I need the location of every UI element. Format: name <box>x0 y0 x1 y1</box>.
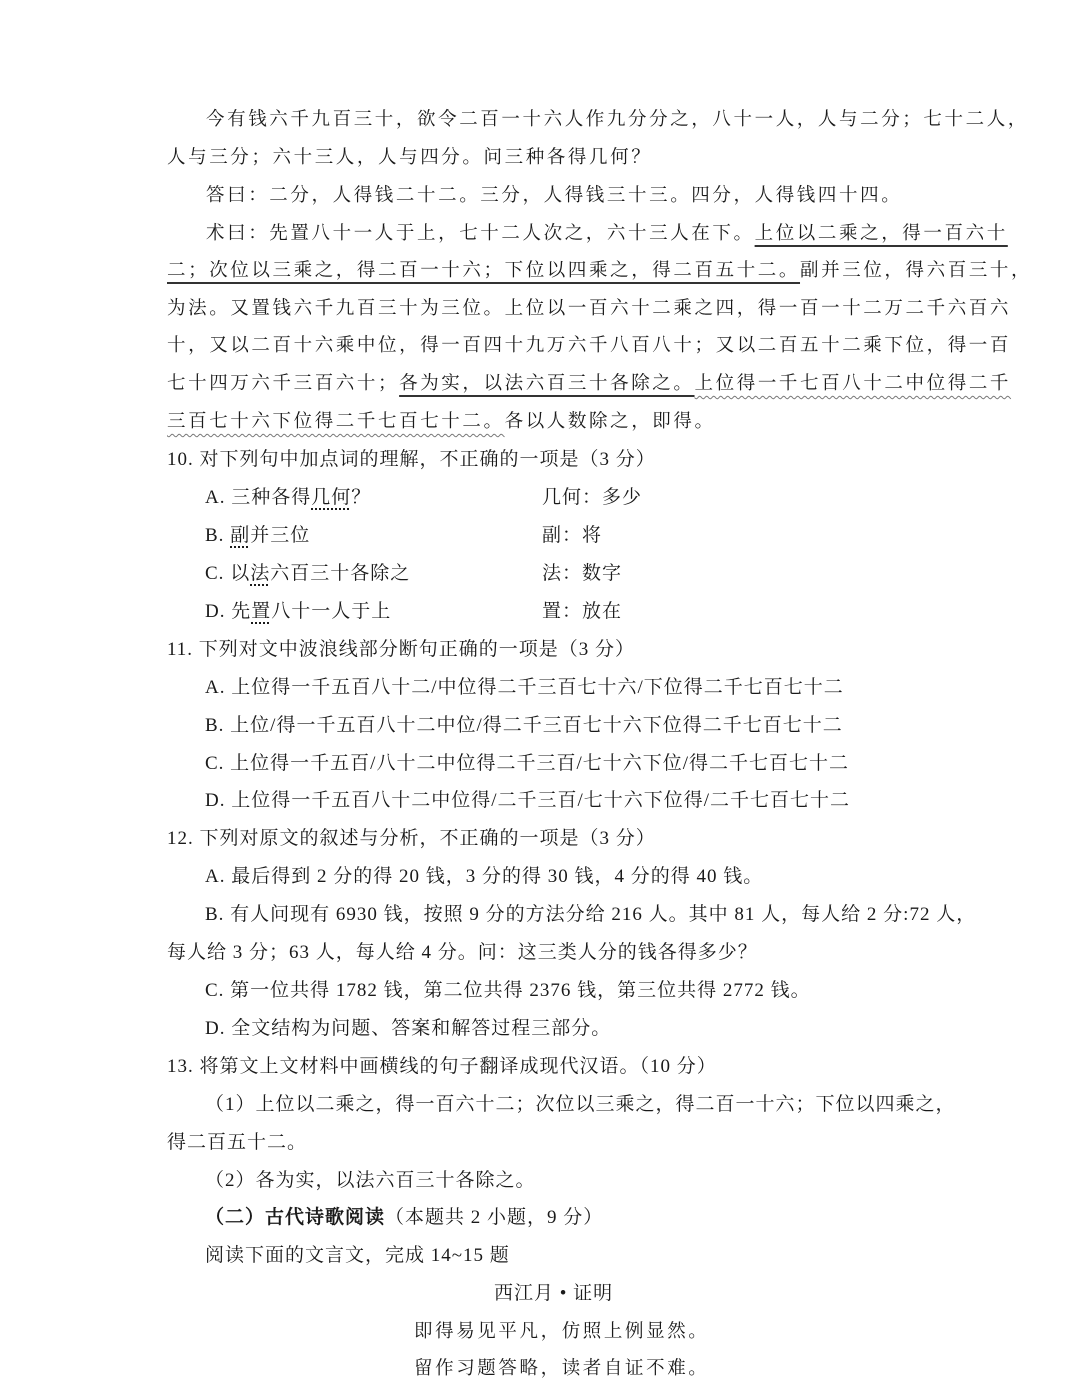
passage-line: 为法。又置钱六千九百三十为三位。上位以一百六十二乘之四，得一百一十二万二千六百六 <box>167 297 1011 321</box>
underlined-sentence-1: 上位以二乘之，得一百六十 <box>755 223 1008 244</box>
q10-option-b: B. 副并三位 副：将 <box>205 524 905 548</box>
wavy-line-segment: 三百七十六下位得二千七百七十二。 <box>167 411 505 432</box>
dotted-word: 几何 <box>311 487 351 508</box>
option-gloss: 置：放在 <box>542 600 622 624</box>
option-text: 并三位 <box>250 525 310 546</box>
passage-text: 副并三位，得六百三十， <box>800 260 1032 281</box>
option-label: A. <box>205 487 225 508</box>
option-label: C. <box>205 563 224 584</box>
passage-text: 七十四万六千三百六十； <box>167 373 399 394</box>
wavy-line-segment: 上位得一千七百八十二中位得二千 <box>695 373 1012 394</box>
option-gloss: 几何：多少 <box>542 486 642 510</box>
q13-sentence-1: （1）上位以二乘之，得一百六十二；次位以三乘之，得二百一十六；下位以四乘之， <box>205 1093 956 1117</box>
question-12-stem: 12. 下列对原文的叙述与分析，不正确的一项是（3 分） <box>167 827 656 851</box>
q10-option-c: C. 以法六百三十各除之 法：数字 <box>205 562 905 586</box>
passage-line: 二；次位以三乘之，得二百一十六；下位以四乘之，得二百五十二。副并三位，得六百三十… <box>167 259 1032 283</box>
q10-option-d: D. 先置八十一人于上 置：放在 <box>205 600 905 624</box>
dotted-word: 副 <box>230 525 250 546</box>
option-label: D. <box>205 601 225 622</box>
passage-text: 各以人数除之，即得。 <box>505 411 716 432</box>
q12-option-a: A. 最后得到 2 分的得 20 钱，3 分的得 30 钱，4 分的得 40 钱… <box>205 865 763 889</box>
passage-line: 十，又以二百十六乘中位，得一百四十九万六千八百八十；又以二百五十二乘下位，得一百 <box>167 334 1011 358</box>
q12-option-b-cont: 每人给 3 分；63 人，每人给 4 分。问：这三类人分的钱各得多少？ <box>167 941 758 965</box>
passage-text: 术曰：先置八十一人于上，七十二人次之，六十三人在下。 <box>206 223 755 244</box>
underlined-sentence-1-cont: 二；次位以三乘之，得二百一十六；下位以四乘之，得二百五十二。 <box>167 260 800 281</box>
exam-page: 今有钱六千九百三十，欲令二百一十六人作九分分之，八十一人，人与二分；七十二人， … <box>0 0 1076 1386</box>
q11-option-d: D. 上位得一千五百八十二中位得/二千三百/七十六下位得/二千七百七十二 <box>205 789 850 813</box>
dotted-word: 法 <box>250 563 270 584</box>
q13-sentence-2: （2）各为实，以法六百三十各除之。 <box>205 1169 536 1193</box>
section-subtitle: （本题共 2 小题，9 分） <box>385 1207 603 1228</box>
option-gloss: 法：数字 <box>542 562 622 586</box>
option-text: 先 <box>231 601 251 622</box>
section-instruction: 阅读下面的文言文，完成 14~15 题 <box>205 1244 510 1268</box>
q12-option-b: B. 有人问现有 6930 钱，按照 9 分的方法分给 216 人。其中 81 … <box>205 903 976 927</box>
question-13-stem: 13. 将第文上文材料中画横线的句子翻译成现代汉语。（10 分） <box>167 1055 717 1079</box>
passage-line: 今有钱六千九百三十，欲令二百一十六人作九分分之，八十一人，人与二分；七十二人， <box>206 108 1029 132</box>
option-text: ？ <box>351 487 371 508</box>
option-label: B. <box>205 525 224 546</box>
passage-line: 术曰：先置八十一人于上，七十二人次之，六十三人在下。上位以二乘之，得一百六十 <box>206 222 1008 246</box>
option-text: 三种各得 <box>231 487 311 508</box>
q10-option-a: A. 三种各得几何？ 几何：多少 <box>205 486 905 510</box>
poem-line-2: 留作习题答略，读者自证不难。 <box>414 1357 709 1381</box>
poem-line-1: 即得易见平凡，仿照上例显然。 <box>414 1320 709 1344</box>
option-text: 八十一人于上 <box>271 601 391 622</box>
section-title: （二）古代诗歌阅读 <box>205 1207 385 1228</box>
option-text: 以 <box>230 563 250 584</box>
option-gloss: 副：将 <box>542 524 602 548</box>
q12-option-c: C. 第一位共得 1782 钱，第二位共得 2376 钱，第三位共得 2772 … <box>205 979 811 1003</box>
poem-title: 西江月 • 证明 <box>494 1282 613 1306</box>
passage-line: 三百七十六下位得二千七百七十二。各以人数除之，即得。 <box>167 410 716 434</box>
question-11-stem: 11. 下列对文中波浪线部分断句正确的一项是（3 分） <box>167 638 635 662</box>
q13-sentence-1-cont: 得二百五十二。 <box>167 1131 307 1155</box>
passage-answer: 答曰：二分，人得钱二十二。三分，人得钱三十三。四分，人得钱四十四。 <box>206 184 902 208</box>
q12-option-d: D. 全文结构为问题、答案和解答过程三部分。 <box>205 1017 611 1041</box>
option-text: 六百三十各除之 <box>270 563 410 584</box>
q11-option-b: B. 上位/得一千五百八十二中位/得二千三百七十六下位得二千七百七十二 <box>205 714 843 738</box>
question-10-stem: 10. 对下列句中加点词的理解，不正确的一项是（3 分） <box>167 448 656 472</box>
passage-line: 七十四万六千三百六十；各为实，以法六百三十各除之。上位得一千七百八十二中位得二千 <box>167 372 1011 396</box>
passage-line: 人与三分；六十三人，人与四分。问三种各得几何？ <box>167 146 652 170</box>
q11-option-a: A. 上位得一千五百八十二/中位得二千三百七十六/下位得二千七百七十二 <box>205 676 844 700</box>
dotted-word: 置 <box>251 601 271 622</box>
section-heading: （二）古代诗歌阅读（本题共 2 小题，9 分） <box>205 1206 603 1230</box>
q11-option-c: C. 上位得一千五百/八十二中位得二千三百/七十六下位/得二千七百七十二 <box>205 752 849 776</box>
underlined-sentence-2: 各为实，以法六百三十各除之。 <box>399 373 694 394</box>
